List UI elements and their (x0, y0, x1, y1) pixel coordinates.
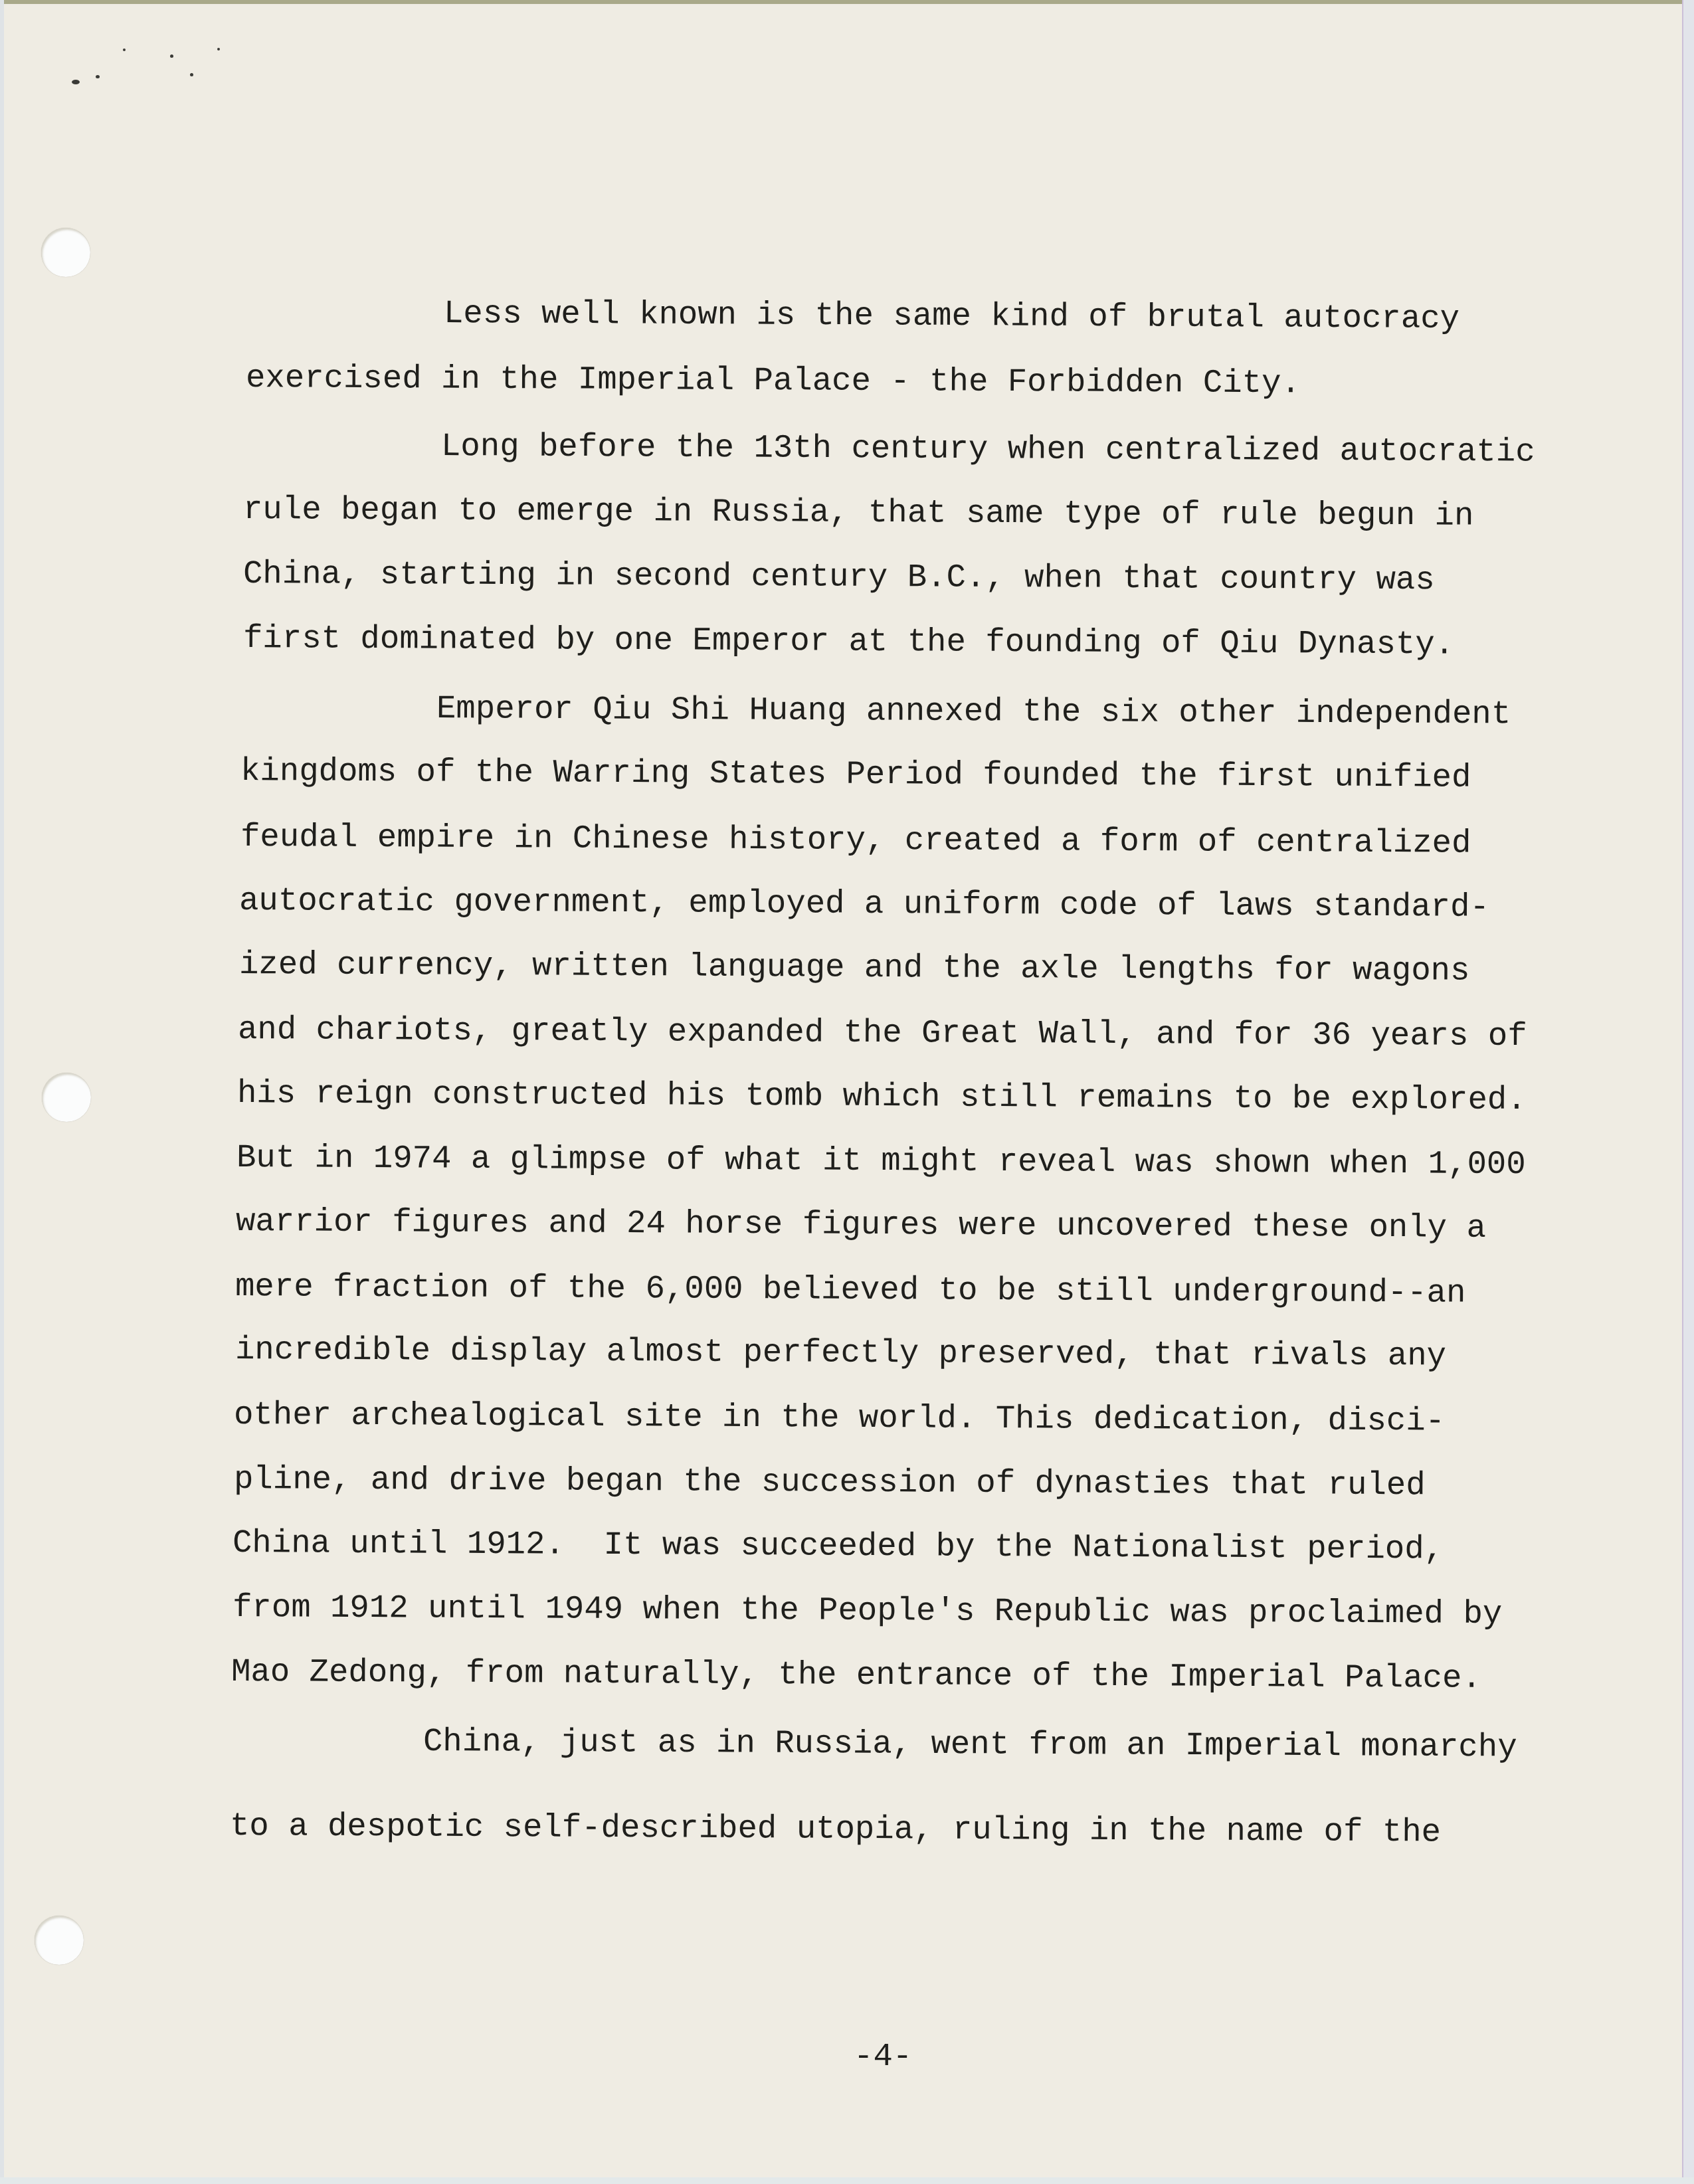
text-line: other archealogical site in the world. T… (234, 1399, 1445, 1438)
text-line: from 1912 until 1949 when the People's R… (233, 1592, 1503, 1631)
text-line: Mao Zedong, from naturally, the entrance… (231, 1656, 1481, 1695)
document-body: Less well known is the same kind of brut… (0, 0, 1694, 2184)
text-line: ized currency, written language and the … (239, 949, 1470, 988)
text-line: Long before the 13th century when centra… (441, 430, 1535, 469)
text-line: pline, and drive began the succession of… (234, 1463, 1426, 1502)
text-line: China until 1912. It was succeeded by th… (233, 1527, 1444, 1566)
text-line: China, just as in Russia, went from an I… (423, 1726, 1517, 1764)
page-number: -4- (854, 2038, 912, 2075)
text-line: and chariots, greatly expanded the Great… (238, 1014, 1527, 1053)
text-line: rule began to emerge in Russia, that sam… (243, 494, 1474, 533)
text-line: kingdoms of the Warring States Period fo… (240, 755, 1471, 794)
text-line: mere fraction of the 6,000 believed to b… (235, 1271, 1466, 1310)
text-line: But in 1974 a glimpse of what it might r… (236, 1142, 1526, 1181)
text-line: his reign constructed his tomb which sti… (237, 1077, 1527, 1117)
text-line: exercised in the Imperial Palace - the F… (246, 362, 1301, 400)
text-line: feudal empire in Chinese history, create… (240, 821, 1471, 860)
text-line: China, starting in second century B.C., … (243, 558, 1435, 596)
text-line: Less well known is the same kind of brut… (444, 298, 1459, 335)
text-line: to a despotic self-described utopia, rul… (230, 1810, 1441, 1849)
text-line: incredible display almost perfectly pres… (235, 1334, 1446, 1373)
text-line: autocratic government, employed a unifor… (239, 885, 1489, 924)
text-line: Emperor Qiu Shi Huang annexed the six ot… (436, 693, 1511, 731)
text-line: first dominated by one Emperor at the fo… (243, 622, 1454, 662)
text-line: warrior figures and 24 horse figures wer… (236, 1206, 1486, 1245)
